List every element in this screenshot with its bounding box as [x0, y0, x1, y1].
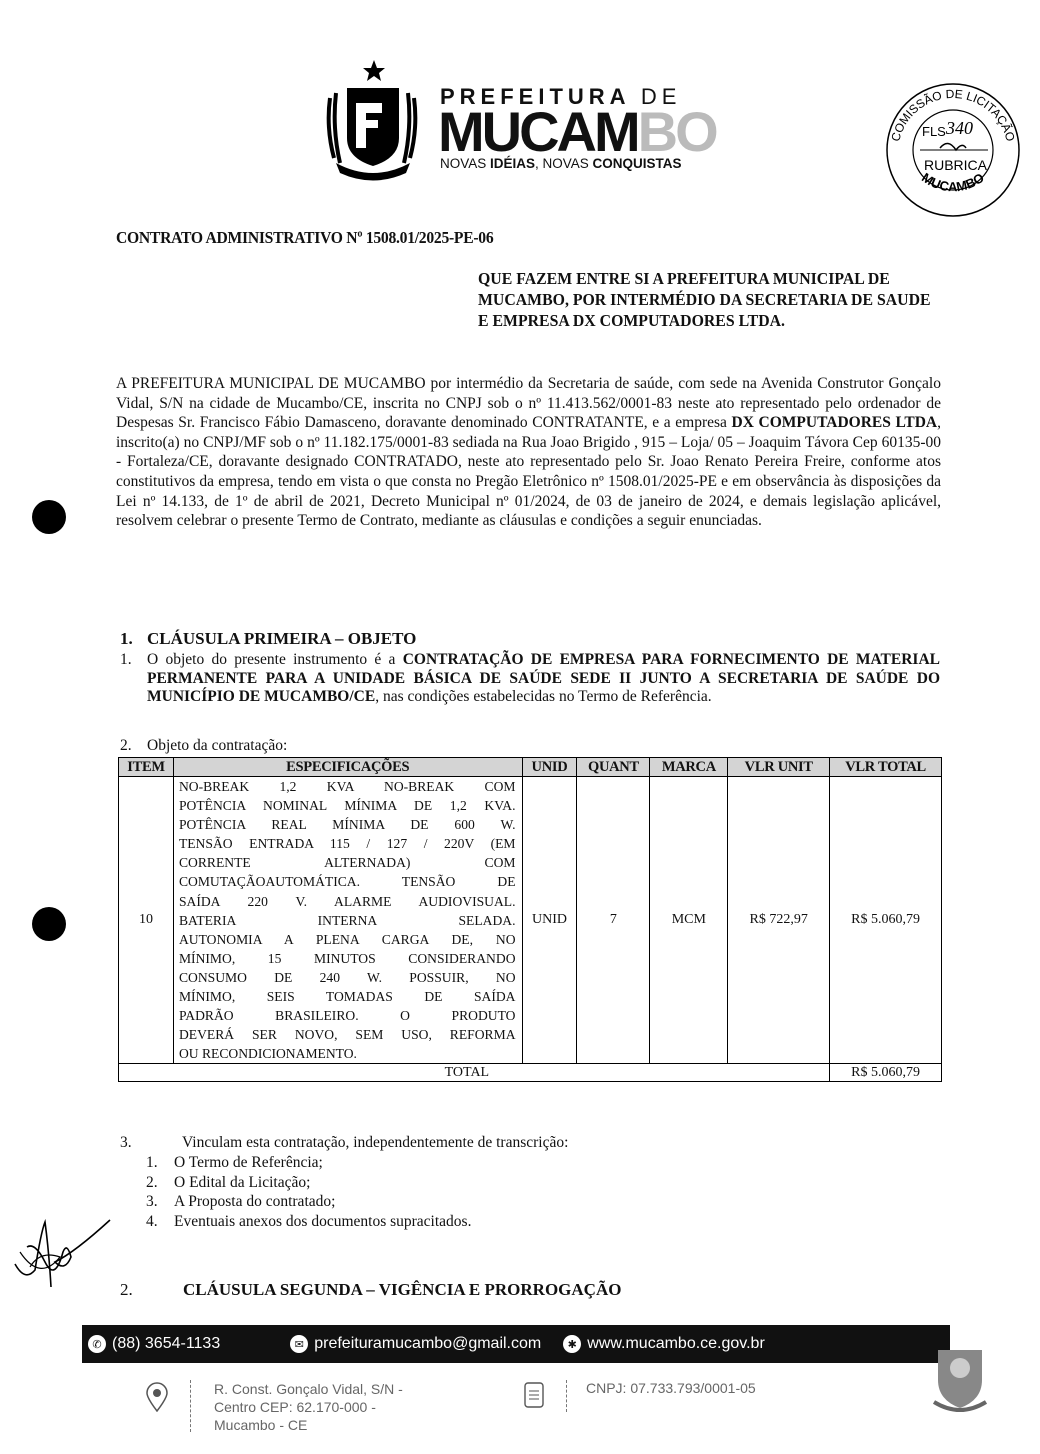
spec-line: TENSÃO ENTRADA 115 / 127 / 220V (EM — [179, 834, 516, 853]
document-icon — [524, 1382, 544, 1408]
clause-1-heading: 1.CLÁUSULA PRIMEIRA – OBJETO — [120, 629, 416, 649]
location-pin-icon — [146, 1382, 168, 1412]
email-icon: ✉ — [290, 1335, 308, 1353]
spec-line: NO-BREAK 1,2 KVA NO-BREAK COM — [179, 777, 516, 796]
svg-text:340: 340 — [945, 118, 973, 138]
list-item: 3.A Proposta do contratado; — [146, 1192, 471, 1212]
spec-line: MÍNIMO, SEIS TOMADAS DE SAÍDA — [179, 987, 516, 1006]
cell-unit: UNID — [522, 777, 577, 1064]
spec-line: OU RECONDICIONAMENTO. — [179, 1044, 516, 1063]
municipality-logo: PREFEITURA DE MUCAMBO NOVAS IDÉIAS, NOVA… — [440, 86, 716, 172]
footer-divider — [566, 1380, 567, 1412]
intro-paragraph: A PREFEITURA MUNICIPAL DE MUCAMBO por in… — [116, 374, 941, 531]
total-label: TOTAL — [119, 1064, 830, 1082]
spec-line: CONSUMO DE 240 W. POSSUIR, NO — [179, 968, 516, 987]
spec-line: SAÍDA 220 V. ALARME AUDIOVISUAL. — [179, 892, 516, 911]
svg-text:MUCAMBO: MUCAMBO — [919, 170, 987, 194]
list-item: 4.Eventuais anexos dos documentos suprac… — [146, 1212, 471, 1232]
municipal-emblem-icon — [930, 1340, 990, 1415]
list-item: 1.O Termo de Referência; — [146, 1153, 471, 1173]
cell-specification: NO-BREAK 1,2 KVA NO-BREAK COMPOTÊNCIA NO… — [173, 777, 522, 1064]
logo-slogan: NOVAS IDÉIAS, NOVAS CONQUISTAS — [440, 156, 716, 172]
clause-1-item-3: 3.Vinculam esta contratação, independent… — [120, 1133, 568, 1153]
clause-1-item-2: 2.Objeto da contratação: — [120, 737, 287, 755]
footer-email[interactable]: prefeituramucambo@gmail.com — [314, 1335, 541, 1353]
cell-brand: MCM — [650, 777, 728, 1064]
contract-items-table: ITEM ESPECIFICAÇÕES UNID QUANT MARCA VLR… — [118, 757, 942, 1082]
spec-line: CORRENTE ALTERNADA) COM — [179, 853, 516, 872]
footer-website[interactable]: www.mucambo.ce.gov.br — [587, 1335, 765, 1353]
cell-unit-price: R$ 722,97 — [728, 777, 830, 1064]
footer-phone: (88) 3654-1133 — [112, 1335, 220, 1353]
col-header-unit: UNID — [522, 758, 577, 777]
footer-cnpj: CNPJ: 07.733.793/0001-05 — [586, 1380, 756, 1396]
contract-subtitle: QUE FAZEM ENTRE SI A PREFEITURA MUNICIPA… — [478, 268, 943, 331]
contractor-name: DX COMPUTADORES LTDA — [732, 414, 938, 431]
hole-punch-mark — [32, 500, 66, 534]
handwritten-signature-icon — [5, 1212, 115, 1292]
col-header-brand: MARCA — [650, 758, 728, 777]
bidding-commission-stamp: COMISSÃO DE LICITAÇÃO MUCAMBO FLS 340 RU… — [878, 78, 1028, 218]
table-header-row: ITEM ESPECIFICAÇÕES UNID QUANT MARCA VLR… — [119, 758, 942, 777]
col-header-specifications: ESPECIFICAÇÕES — [173, 758, 522, 777]
phone-icon: ✆ — [88, 1335, 106, 1353]
spec-line: MÍNIMO, 15 MINUTOS CONSIDERANDO — [179, 949, 516, 968]
col-header-unit-price: VLR UNIT — [728, 758, 830, 777]
footer-divider — [190, 1380, 191, 1432]
spec-line: DEVERÁ SER NOVO, SEM USO, REFORMA — [179, 1025, 516, 1044]
spec-line: POTÊNCIA REAL MÍNIMA DE 600 W. — [179, 815, 516, 834]
col-header-item: ITEM — [119, 758, 174, 777]
cell-total-price: R$ 5.060,79 — [830, 777, 942, 1064]
svg-text:FLS: FLS — [922, 124, 946, 139]
list-item: 2.O Edital da Licitação; — [146, 1173, 471, 1193]
footer-address: R. Const. Gonçalo Vidal, S/N - Centro CE… — [214, 1380, 403, 1434]
table-total-row: TOTAL R$ 5.060,79 — [119, 1064, 942, 1082]
svg-text:RUBRICA: RUBRICA — [924, 157, 988, 173]
cell-item: 10 — [119, 777, 174, 1064]
cell-quantity: 7 — [577, 777, 650, 1064]
binding-documents-list: 1.O Termo de Referência; 2.O Edital da L… — [146, 1153, 471, 1231]
clause-1-item-1: 1. O objeto do presente instrumento é a … — [120, 651, 940, 707]
municipal-crest-icon — [322, 58, 422, 183]
table-row: 10 NO-BREAK 1,2 KVA NO-BREAK COMPOTÊNCIA… — [119, 777, 942, 1064]
hole-punch-mark — [32, 907, 66, 941]
logo-name-main: MUCAM — [438, 100, 638, 163]
footer-contact-bar: ✆(88) 3654-1133 ✉prefeituramucambo@gmail… — [82, 1325, 950, 1363]
col-header-quantity: QUANT — [577, 758, 650, 777]
spec-line: AUTONOMIA A PLENA CARGA DE, NO — [179, 930, 516, 949]
spec-line: PADRÃO BRASILEIRO. O PRODUTO — [179, 1006, 516, 1025]
globe-icon: ✱ — [563, 1335, 581, 1353]
spec-line: BATERIA INTERNA SELADA. — [179, 911, 516, 930]
clause-2-heading: 2.CLÁUSULA SEGUNDA – VIGÊNCIA E PRORROGA… — [120, 1280, 621, 1300]
total-value: R$ 5.060,79 — [830, 1064, 942, 1082]
contract-title: CONTRATO ADMINISTRATIVO Nº 1508.01/2025-… — [116, 228, 493, 248]
spec-line: POTÊNCIA NOMINAL MÍNIMA DE 1,2 KVA. — [179, 796, 516, 815]
logo-name-faded: BO — [638, 100, 716, 163]
spec-line: COMUTAÇÃOAUTOMÁTICA. TENSÃO DE — [179, 872, 516, 891]
col-header-total-price: VLR TOTAL — [830, 758, 942, 777]
